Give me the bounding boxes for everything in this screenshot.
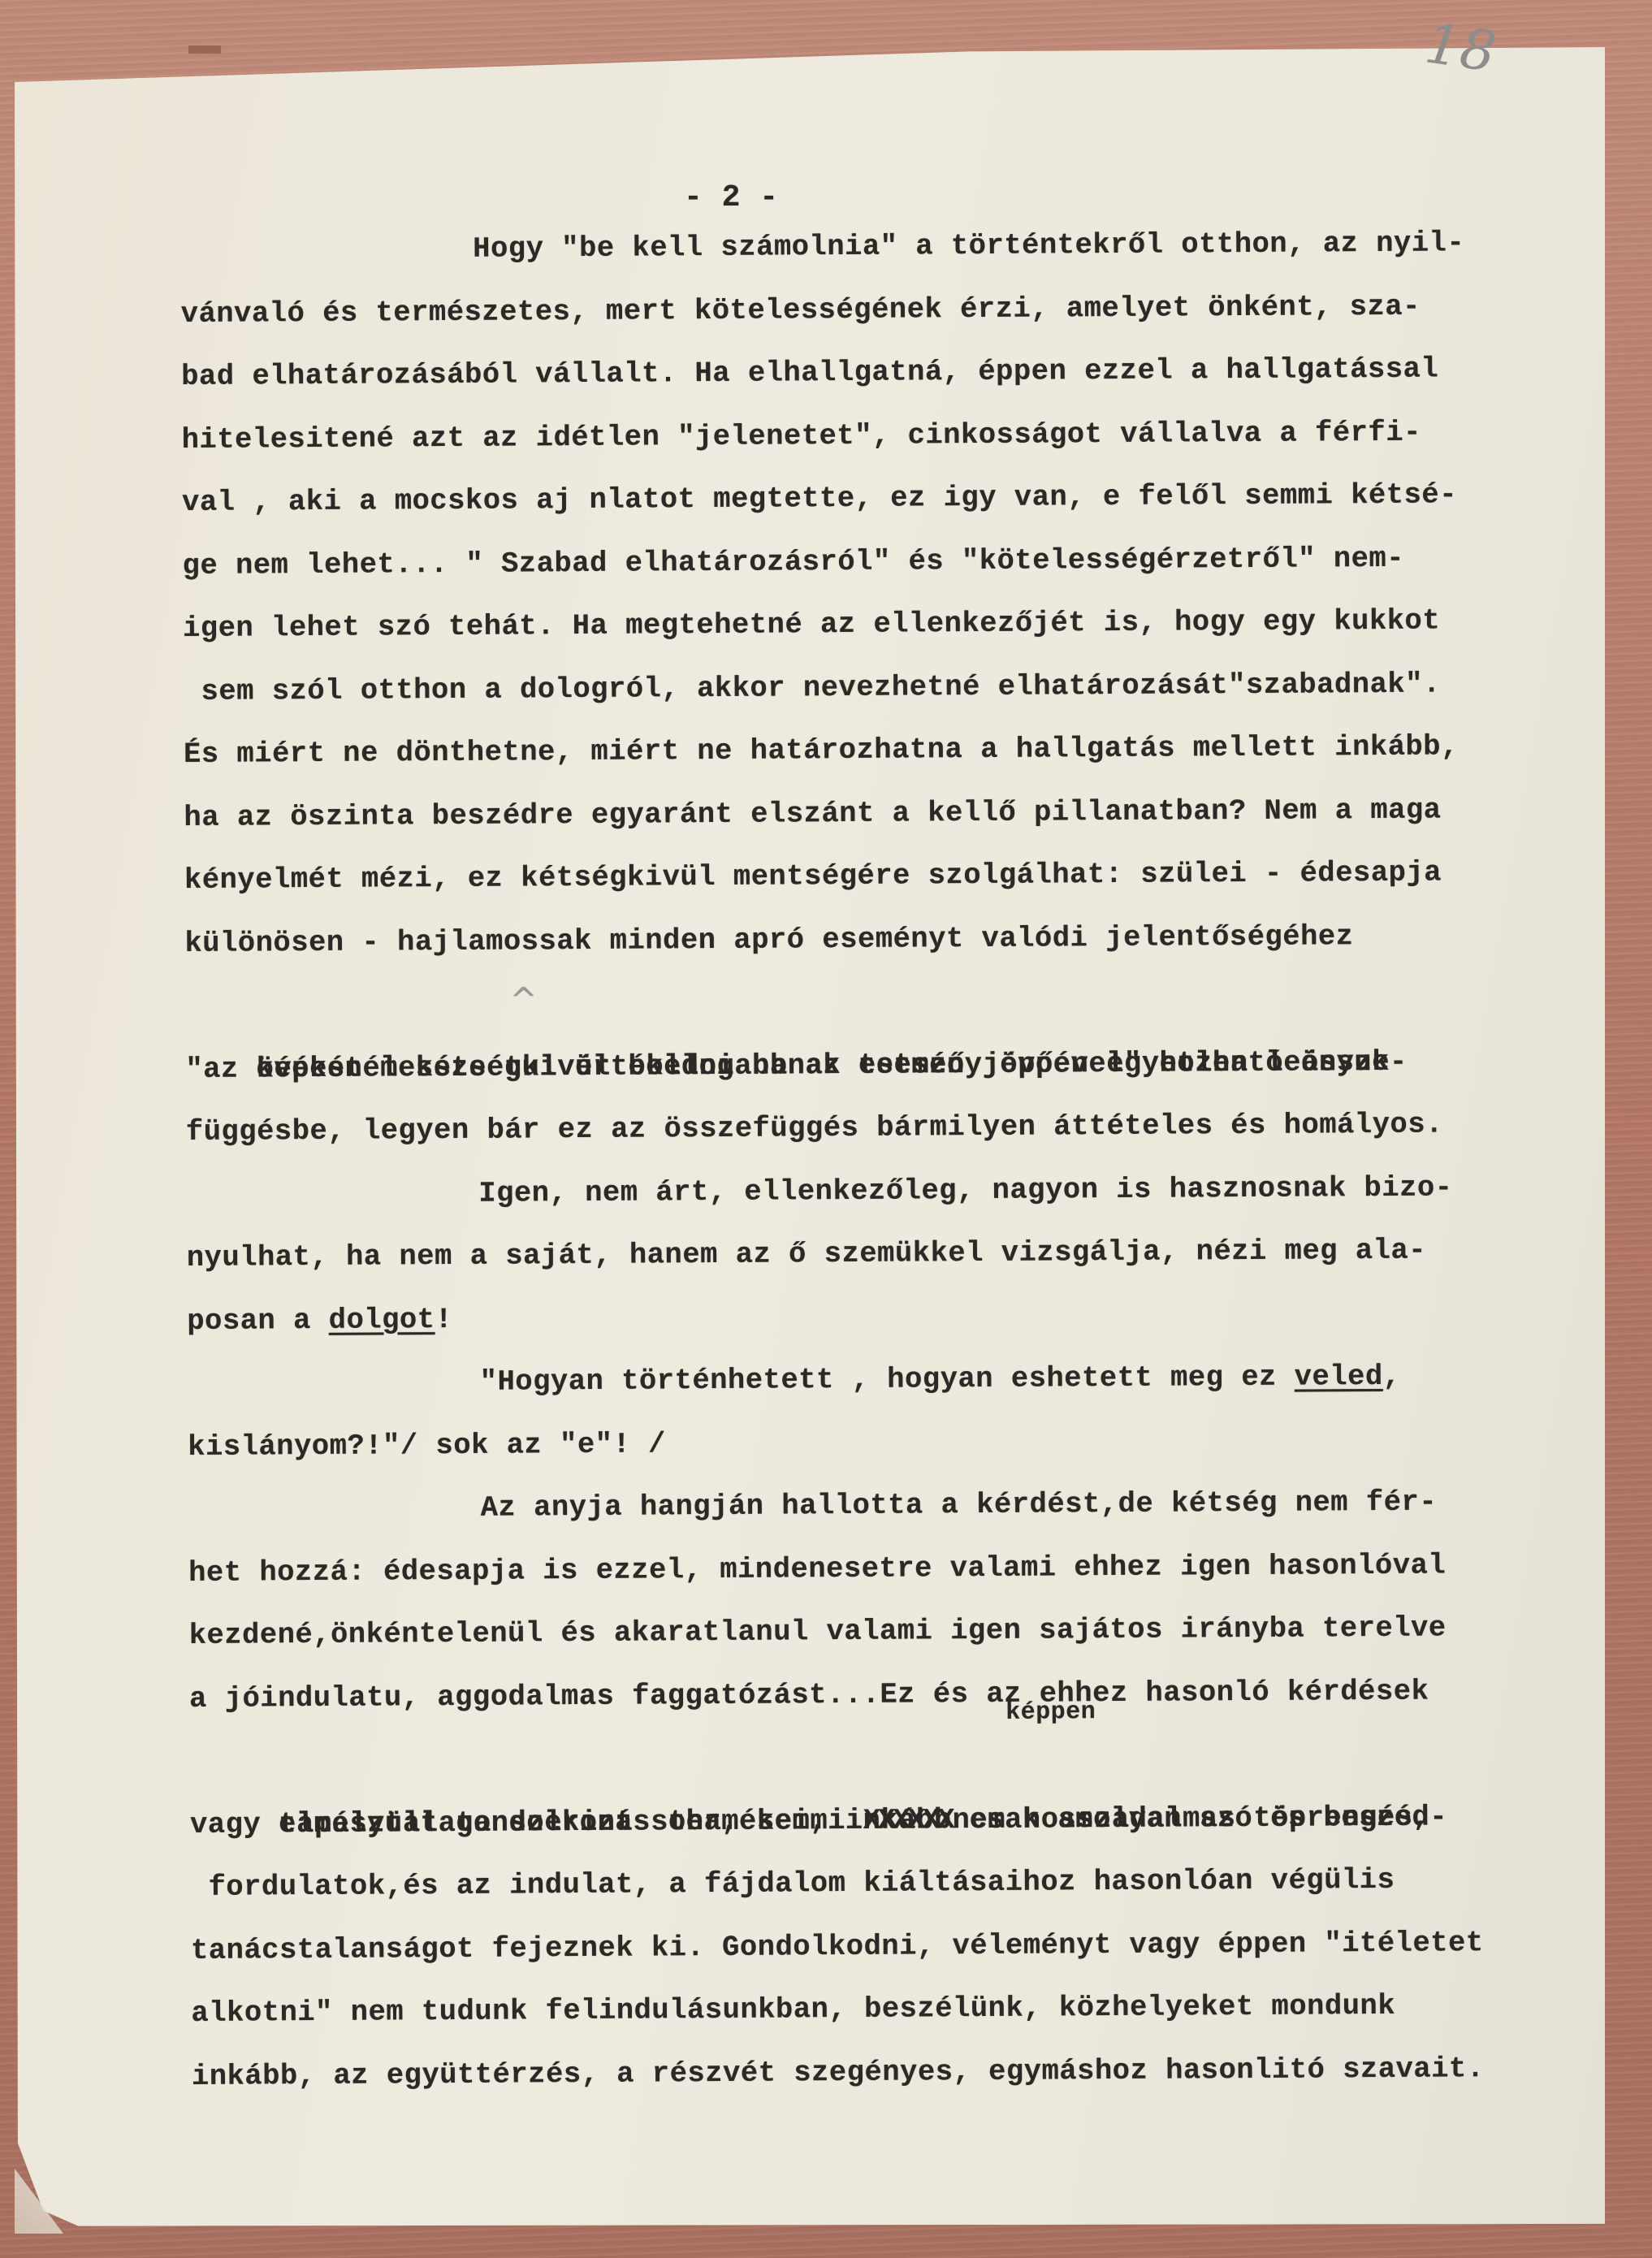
text-line-with-correction: képpentapasztalata szerint soha, semmi X… xyxy=(189,1721,1586,1793)
pencil-folio-number: 18 xyxy=(1421,11,1500,84)
text-line: sem szól otthon a dologról, akkor nevezh… xyxy=(183,651,1580,723)
text-line-underlined: "Hogyan történhetett , hogyan eshetett m… xyxy=(188,1343,1585,1415)
text-line: És miért ne dönthetne, miért ne határozh… xyxy=(184,714,1581,785)
text-line: függésbe, legyen bár ez az összefüggés b… xyxy=(186,1092,1583,1163)
underlined-word: dolgot xyxy=(329,1303,435,1337)
text-line: fordulatok,és az indulat, a fájdalom kiá… xyxy=(190,1847,1587,1918)
text-line: ^képest messze tul értékelni ha az esemé… xyxy=(185,966,1582,1037)
text-line: "az övékénél kétségkivül boldogabbnak te… xyxy=(185,1029,1582,1101)
text-line: bad elhatározásából vállalt. Ha elhallga… xyxy=(181,336,1578,408)
text-line: különösen - hajlamossak minden apró esem… xyxy=(184,903,1581,975)
text-line: Az anyja hangján hallotta a kérdést,de k… xyxy=(188,1469,1585,1541)
text-line: val , aki a mocskos aj nlatot megtette, … xyxy=(182,462,1579,534)
text-line: a jóindulatu, aggodalmas faggatózást...E… xyxy=(189,1659,1586,1730)
page-number: - 2 - xyxy=(684,180,779,215)
text-line: kényelmét mézi, ez kétségkivül mentségér… xyxy=(184,840,1581,911)
text-line: Igen, nem árt, ellenkezőleg, nagyon is h… xyxy=(186,1155,1583,1226)
text-line-underlined: posan a dolgot! xyxy=(187,1281,1584,1352)
text-line: het hozzá: édesapja is ezzel, mindeneset… xyxy=(188,1533,1585,1604)
text-line: ge nem lehet... " Szabad elhatározásról"… xyxy=(182,526,1579,597)
text-line: vagy elmélyült gondolkozás termékei, ink… xyxy=(190,1784,1587,1856)
text-line: inkább, az együttérzés, a részvét szegén… xyxy=(192,2036,1589,2108)
text-line: igen lehet szó tehát. Ha megtehetné az e… xyxy=(183,588,1580,660)
text-line: kezdené,önkéntelenül és akaratlanul vala… xyxy=(188,1595,1585,1667)
underlined-word: veled xyxy=(1295,1360,1383,1394)
text-line: ha az öszinta beszédre egyaránt elszánt … xyxy=(184,777,1581,849)
text-line: alkotni" nem tudunk felindulásunkban, be… xyxy=(191,1973,1588,2044)
text-line: nyulhat, ha nem a saját, hanem az ő szem… xyxy=(187,1218,1584,1289)
text-line: vánvaló és természetes, mert kötelességé… xyxy=(180,274,1577,345)
text-line: Hogy "be kell számolnia" a történtekről … xyxy=(180,210,1577,282)
text-line: hitelesitené azt az idétlen "jelenetet",… xyxy=(181,400,1578,471)
text-line: tanácstalanságot fejeznek ki. Gondolkodn… xyxy=(191,1910,1588,1982)
text-line: kislányom?!"/ sok az "e"! / xyxy=(188,1407,1585,1478)
body-text: Hogy "be kell számolnia" a történtekről … xyxy=(180,210,1589,2107)
paper-notch xyxy=(188,45,221,54)
typed-insertion: képpen xyxy=(1005,1700,1096,1725)
caret-correction-mark: ^ xyxy=(510,969,538,1032)
